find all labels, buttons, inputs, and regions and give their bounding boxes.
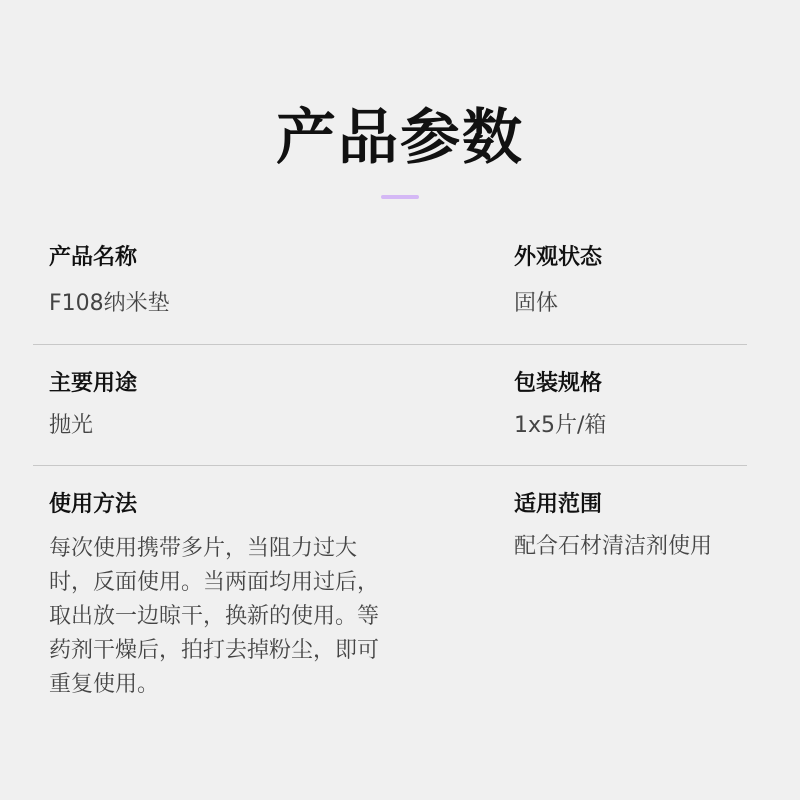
param-packaging: 包装规格 1x5片/箱 [514, 369, 754, 441]
param-value: F108纳米垫 [49, 289, 389, 319]
param-value: 每次使用携带多片，当阻力过大时，反面使用。当两面均用过后，取出放一边晾干，换新的… [49, 532, 379, 702]
page-title: 产品参数 [0, 100, 800, 176]
param-value: 1x5片/箱 [514, 411, 754, 441]
param-label: 适用范围 [514, 490, 754, 520]
row-divider [33, 465, 747, 466]
param-product-name: 产品名称 F108纳米垫 [49, 243, 389, 319]
param-label: 使用方法 [49, 490, 389, 520]
param-value: 固体 [514, 289, 754, 319]
param-value: 抛光 [49, 411, 389, 441]
param-value: 配合石材清洁剂使用 [514, 532, 754, 562]
param-main-use: 主要用途 抛光 [49, 369, 389, 441]
param-label: 主要用途 [49, 369, 389, 399]
param-label: 包装规格 [514, 369, 754, 399]
param-scope: 适用范围 配合石材清洁剂使用 [514, 490, 754, 562]
param-appearance: 外观状态 固体 [514, 243, 754, 319]
row-divider [33, 344, 747, 345]
param-label: 外观状态 [514, 243, 754, 273]
param-label: 产品名称 [49, 243, 389, 273]
param-usage-method: 使用方法 每次使用携带多片，当阻力过大时，反面使用。当两面均用过后，取出放一边晾… [49, 490, 389, 702]
title-accent-bar [381, 195, 419, 199]
